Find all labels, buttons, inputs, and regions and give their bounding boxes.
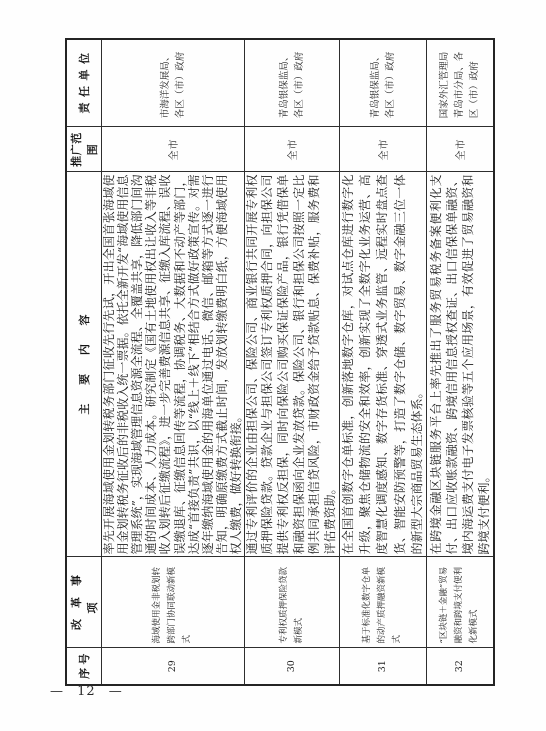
cell-promotion-scope-30: 全市 — [244, 127, 339, 172]
header-promotion-scope: 推广范围 — [66, 127, 101, 172]
cell-main-content-29: 率先开展海域使用金划转税务部门征收先行先试，开出全国首张海域使用金划转税务征收后… — [101, 172, 244, 557]
cell-responsible-unit-31: 青岛银保监局、各区（市）政府 — [339, 39, 426, 127]
cell-responsible-unit-30: 青岛银保监局、各区（市）政府 — [244, 39, 339, 127]
cell-reform-item-29: 海域使用金非税划转跨部门协同联动新模式 — [101, 557, 244, 648]
responsible-unit-text: 国家外汇管理局青岛市分局、各区（市）政府 — [437, 48, 482, 118]
cell-main-content-32: 在跨境金融区块链服务平台上率先推出了服务贸易税务备案便利化支付、出口应收账款融资… — [427, 172, 494, 557]
cell-responsible-unit-29: 市海洋发展局、各区（市）政府 — [101, 39, 244, 127]
cell-serial-30: 30 — [244, 648, 339, 685]
cell-responsible-unit-32: 国家外汇管理局青岛市分局、各区（市）政府 — [427, 39, 494, 127]
document-page: 序号 改革事项 主要内容 推广范围 责任单位 29 海域使用金非税划转跨部门协同… — [0, 0, 546, 731]
table-row-29: 29 海域使用金非税划转跨部门协同联动新模式 率先开展海域使用金划转税务部门征收… — [101, 39, 244, 685]
reform-items-table: 序号 改革事项 主要内容 推广范围 责任单位 29 海域使用金非税划转跨部门协同… — [65, 38, 495, 686]
cell-reform-item-32: “区块链＋金融”贸易融资和跨境支付便利化新模式 — [427, 557, 494, 648]
page-number: — 12 — — [50, 684, 123, 699]
header-reform-item: 改革事项 — [66, 557, 101, 648]
cell-promotion-scope-32: 全市 — [427, 127, 494, 172]
cell-serial-29: 29 — [101, 648, 244, 685]
cell-main-content-31: 在全国首创数字仓单标准，创新落地数字仓库，对试点仓库进行数字化升级，聚焦仓储物流… — [339, 172, 426, 557]
header-main-content: 主要内容 — [66, 172, 101, 557]
responsible-unit-text: 青岛银保监局、各区（市）政府 — [368, 48, 398, 118]
cell-main-content-30: 通过专利评价的企业由担保公司、保险公司、商业银行共同开展专利权质押保险贷款。贷款… — [244, 172, 339, 557]
cell-promotion-scope-29: 全市 — [101, 127, 244, 172]
cell-reform-item-30: 专利权质押保险贷款新模式 — [244, 557, 339, 648]
table-header-row: 序号 改革事项 主要内容 推广范围 责任单位 — [66, 39, 101, 685]
rotated-table-container: 序号 改革事项 主要内容 推广范围 责任单位 29 海域使用金非税划转跨部门协同… — [65, 40, 492, 686]
cell-serial-32: 32 — [427, 648, 494, 685]
table-row-31: 31 基于标准化数字仓单的动产质押融资新模式 在全国首创数字仓单标准，创新落地数… — [339, 39, 426, 685]
header-responsible-unit: 责任单位 — [66, 39, 101, 127]
responsible-unit-text: 青岛银保监局、各区（市）政府 — [277, 48, 307, 118]
cell-reform-item-31: 基于标准化数字仓单的动产质押融资新模式 — [339, 557, 426, 648]
header-serial-number: 序号 — [66, 648, 101, 685]
responsible-unit-text: 市海洋发展局、各区（市）政府 — [158, 48, 188, 118]
table-row-32: 32 “区块链＋金融”贸易融资和跨境支付便利化新模式 在跨境金融区块链服务平台上… — [427, 39, 494, 685]
table-row-30: 30 专利权质押保险贷款新模式 通过专利评价的企业由担保公司、保险公司、商业银行… — [244, 39, 339, 685]
cell-promotion-scope-31: 全市 — [339, 127, 426, 172]
cell-serial-31: 31 — [339, 648, 426, 685]
